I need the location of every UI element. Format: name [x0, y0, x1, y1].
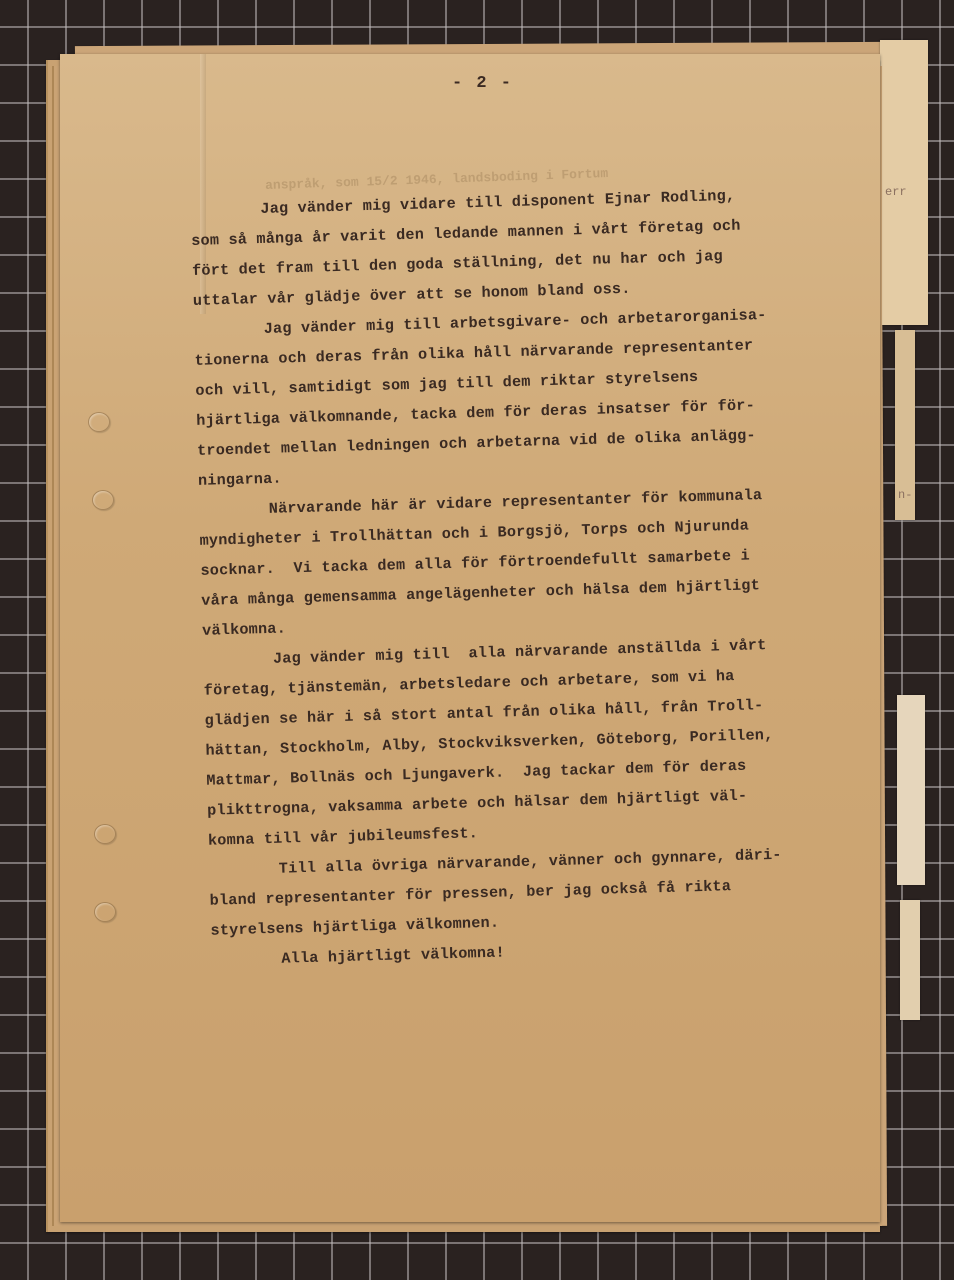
paragraph: Jag vänder mig till arbetsgivare- och ar… [193, 298, 838, 496]
paragraph: Jag vänder mig till alla närvarande anst… [203, 628, 849, 856]
paragraph: Närvarande här är vidare representanter … [198, 478, 842, 646]
edge-text-fragment: n- [898, 488, 912, 502]
underlying-sheet-edge [880, 40, 928, 325]
punch-hole-icon [92, 490, 114, 510]
torn-paper-tab [900, 900, 920, 1020]
torn-paper-tab [897, 695, 925, 885]
paragraph: Jag vänder mig vidare till disponent Ejn… [190, 178, 833, 316]
letter-body: Jag vänder mig vidare till disponent Ejn… [190, 178, 852, 976]
punch-hole-icon [94, 824, 116, 844]
punch-hole-icon [88, 412, 110, 432]
edge-text-fragment: err [885, 185, 907, 199]
typewritten-page: anspråk, som 15/2 1946, landsboding i Fo… [60, 54, 880, 1222]
page-number: - 2 - [452, 74, 513, 93]
punch-hole-icon [94, 902, 116, 922]
